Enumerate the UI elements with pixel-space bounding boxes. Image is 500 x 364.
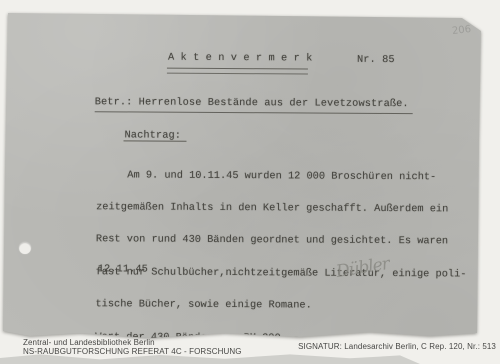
addendum-underline xyxy=(124,140,187,141)
document-title: A k t e n v e r m e r k xyxy=(168,52,312,65)
document-number: Nr. 85 xyxy=(357,54,395,66)
handwritten-signature: Dübler xyxy=(335,254,391,282)
title-underline xyxy=(167,68,308,75)
date-line: 12.11.45 xyxy=(98,263,148,275)
addendum-heading: Nachtrag: xyxy=(125,129,182,141)
scanned-document-view: A k t e n v e r m e r k Nr. 85 Betr.: He… xyxy=(0,0,500,364)
typed-content: A k t e n v e r m e r k Nr. 85 Betr.: He… xyxy=(0,0,500,364)
body-paragraph: Am 9. und 10.11.45 wurden 12 000 Broschü… xyxy=(95,148,466,364)
body-line: tische Bücher, sowie einige Romane. xyxy=(95,299,465,312)
document-page: A k t e n v e r m e r k Nr. 85 Betr.: He… xyxy=(0,0,500,364)
pencil-page-number: 206 xyxy=(451,24,471,37)
body-line: Rest von rund 430 Bänden geordnet und ge… xyxy=(96,235,466,248)
body-line: fast nur Schulbücher,nichtzeitgemäße Lit… xyxy=(96,267,466,280)
archive-signature-reference: SIGNATUR: Landesarchiv Berlin, C Rep. 12… xyxy=(298,342,496,351)
research-department: NS-RAUBGUTFORSCHUNG REFERAT 4C - FORSCHU… xyxy=(23,348,242,357)
subject-underline xyxy=(95,111,413,114)
body-line: zeitgemäßen Inhalts in den Keller gescha… xyxy=(96,202,466,215)
page-wrapper: A k t e n v e r m e r k Nr. 85 Betr.: He… xyxy=(0,0,500,364)
library-attribution: Zentral- und Landesbibliothek Berlin NS-… xyxy=(23,339,242,356)
subject-line: Betr.: Herrenlose Bestände aus der Levet… xyxy=(95,96,409,110)
body-line: Am 9. und 10.11.45 wurden 12 000 Broschü… xyxy=(96,170,466,183)
punch-hole xyxy=(19,242,31,254)
